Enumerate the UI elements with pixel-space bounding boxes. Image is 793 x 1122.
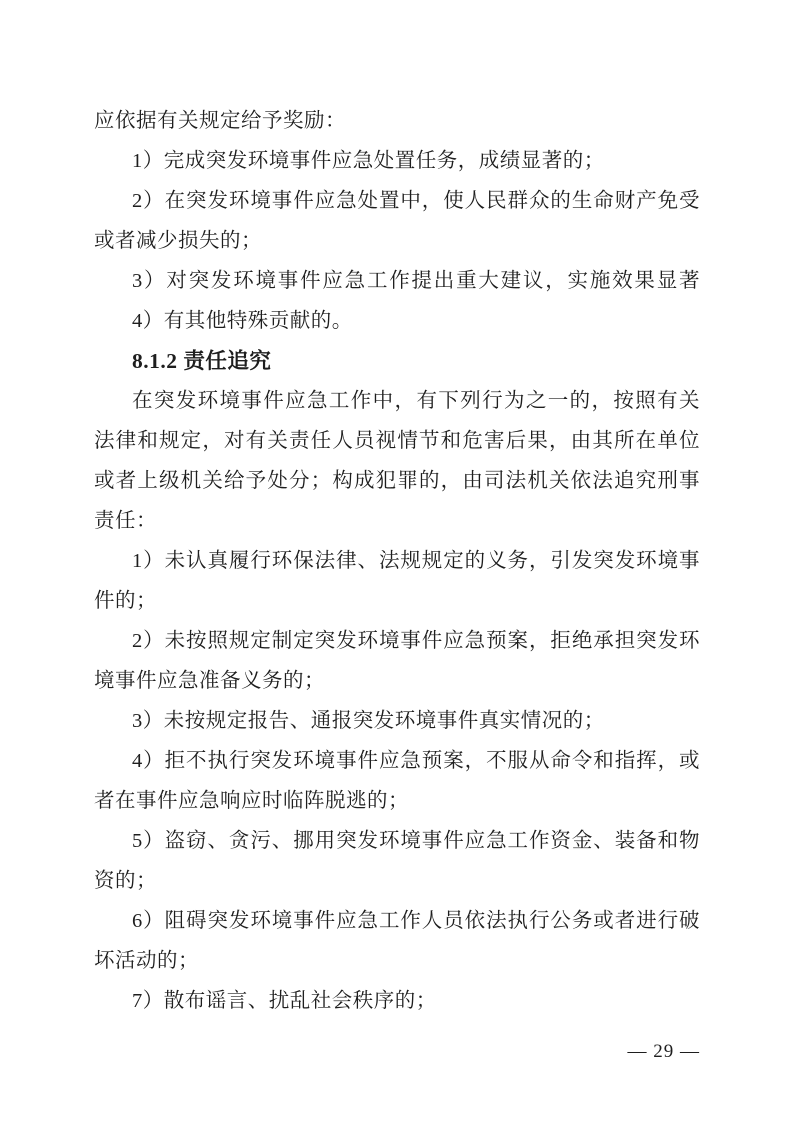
text-line: 1）未认真履行环保法律、法规规定的义务，引发突发环境事 xyxy=(94,541,700,581)
text-line: 7）散布谣言、扰乱社会秩序的； xyxy=(94,981,700,1021)
text-line: 在突发环境事件应急工作中，有下列行为之一的，按照有关 xyxy=(94,381,700,421)
text-line: 境事件应急准备义务的； xyxy=(94,661,700,701)
text-line: 应依据有关规定给予奖励： xyxy=(94,101,700,141)
text-line: 2）在突发环境事件应急处置中，使人民群众的生命财产免受 xyxy=(94,181,700,221)
text-line: 2）未按照规定制定突发环境事件应急预案，拒绝承担突发环 xyxy=(94,621,700,661)
section-heading: 8.1.2 责任追究 xyxy=(94,341,700,381)
text-line: 坏活动的； xyxy=(94,941,700,981)
text-line: 者在事件应急响应时临阵脱逃的； xyxy=(94,781,700,821)
text-line: 4）拒不执行突发环境事件应急预案，不服从命令和指挥，或 xyxy=(94,741,700,781)
text-line: 件的； xyxy=(94,581,700,621)
text-line: 5）盗窃、贪污、挪用突发环境事件应急工作资金、装备和物 xyxy=(94,821,700,861)
page-number: — 29 — xyxy=(628,1038,701,1066)
text-line: 3）对突发环境事件应急工作提出重大建议，实施效果显著的； xyxy=(94,261,700,301)
document-body: 应依据有关规定给予奖励：1）完成突发环境事件应急处置任务，成绩显著的；2）在突发… xyxy=(94,101,700,1021)
text-line: 法律和规定，对有关责任人员视情节和危害后果，由其所在单位 xyxy=(94,421,700,461)
text-line: 或者上级机关给予处分；构成犯罪的，由司法机关依法追究刑事 xyxy=(94,461,700,501)
text-line: 3）未按规定报告、通报突发环境事件真实情况的； xyxy=(94,701,700,741)
text-line: 4）有其他特殊贡献的。 xyxy=(94,301,700,341)
text-line: 或者减少损失的； xyxy=(94,221,700,261)
text-line: 1）完成突发环境事件应急处置任务，成绩显著的； xyxy=(94,141,700,181)
document-page: 应依据有关规定给予奖励：1）完成突发环境事件应急处置任务，成绩显著的；2）在突发… xyxy=(0,0,793,1122)
text-line: 责任： xyxy=(94,501,700,541)
text-line: 6）阻碍突发环境事件应急工作人员依法执行公务或者进行破 xyxy=(94,901,700,941)
text-line: 资的； xyxy=(94,861,700,901)
